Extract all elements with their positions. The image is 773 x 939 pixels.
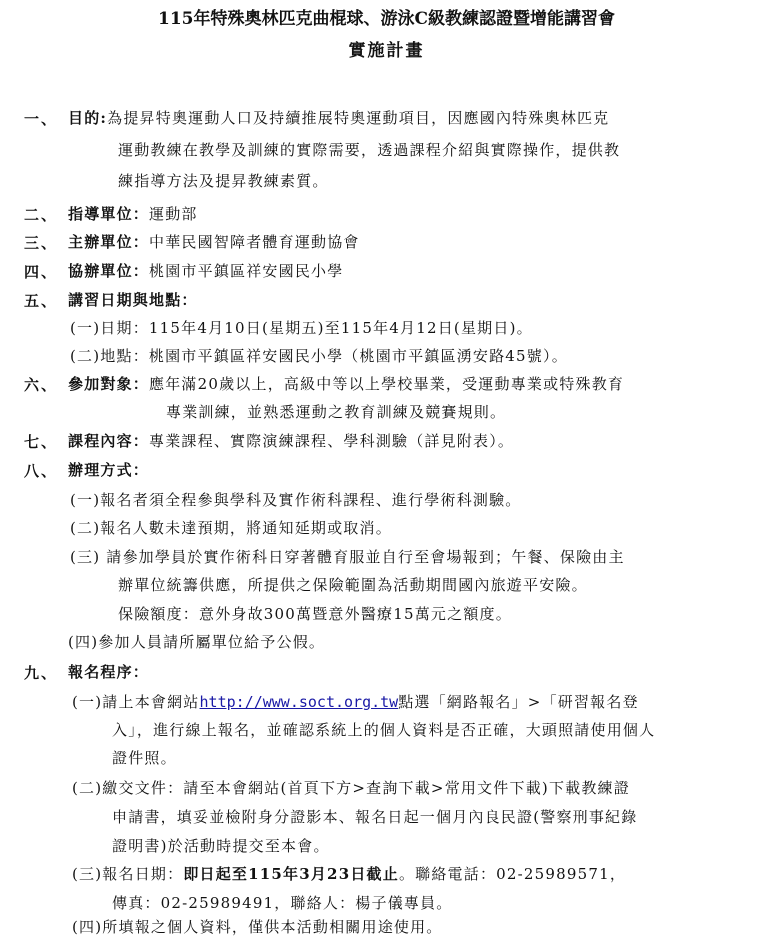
section-heading: 指導單位：	[68, 205, 149, 223]
section-text: 運動教練在教學及訓練的實際需要，透過課程介紹與實際操作，提供教	[118, 140, 620, 160]
website-link[interactable]: http://www.soct.org.tw	[200, 693, 399, 711]
section-heading: 課程內容：	[68, 432, 149, 450]
document-title: 115年特殊奧林匹克曲棍球、游泳C級教練認證暨增能講習會	[0, 4, 773, 29]
list-item-continuation: 辦單位統籌供應，所提供之保險範圍為活動期間國內旅遊平安險。	[118, 575, 588, 595]
section-number: 四、	[24, 261, 58, 282]
section-heading: 目的:	[68, 109, 107, 127]
list-item-continuation: 申請書，填妥並檢附身分證影本、報名日起一個月內良民證(警察刑事紀錄	[112, 807, 637, 827]
section-heading: 參加對象：	[68, 375, 149, 393]
section-number: 三、	[24, 232, 58, 253]
deadline-text: 即日起至115年3月23日截止	[183, 865, 399, 883]
section-text: 應年滿20歲以上，高級中等以上學校畢業，受運動專業或特殊教育	[149, 375, 624, 393]
section-text: 桃園市平鎮區祥安國民小學	[149, 262, 343, 280]
list-item: (三) 請參加學員於實作術科日穿著體育服並自行至會場報到；午餐、保險由主	[70, 547, 625, 567]
section-text: 練指導方法及提昇教練素質。	[118, 171, 329, 191]
section-text: 中華民國智障者體育運動協會	[149, 233, 360, 251]
list-item: (二)地點：桃園市平鎮區祥安國民小學（桃園市平鎮區湧安路45號）。	[70, 346, 568, 366]
section-number: 八、	[24, 460, 58, 481]
section-heading: 主辦單位：	[68, 233, 149, 251]
document-subtitle: 實施計畫	[0, 36, 773, 61]
list-item: (一)報名者須全程參與學科及實作術科課程、進行學術科測驗。	[70, 490, 522, 510]
section-heading: 辦理方式：	[68, 460, 149, 480]
list-item-continuation: 證件照。	[112, 748, 177, 768]
section-text: 專業訓練，並熟悉運動之教育訓練及競賽規則。	[166, 402, 506, 422]
section-number: 一、	[24, 108, 58, 129]
section-heading: 協辦單位：	[68, 262, 149, 280]
section-number: 二、	[24, 204, 58, 225]
list-item: (一)請上本會網站http://www.soct.org.tw點選「網路報名」>…	[72, 692, 639, 712]
list-item-continuation: 入」，進行線上報名，並確認系統上的個人資料是否正確，大頭照請使用個人	[112, 720, 655, 740]
list-item: (二)繳交文件：請至本會網站(首頁下方>查詢下載>常用文件下載)下載教練證	[72, 778, 630, 798]
list-item: (二)報名人數未達預期，將通知延期或取消。	[70, 518, 392, 538]
list-item-continuation: 保險額度：意外身故300萬暨意外醫療15萬元之額度。	[118, 604, 512, 624]
list-item: (三)報名日期：即日起至115年3月23日截止。聯絡電話：02-25989571…	[72, 864, 626, 884]
list-item-continuation: 證明書)於活動時提交至本會。	[112, 836, 330, 856]
list-item: (四)參加人員請所屬單位給予公假。	[68, 632, 325, 652]
section-heading: 講習日期與地點：	[68, 290, 198, 310]
section-text: 為提昇特奧運動人口及持續推展特奧運動項目，因應國內特殊奧林匹克	[107, 109, 609, 127]
section-text: 專業課程、實際演練課程、學科測驗（詳見附表）。	[149, 432, 514, 450]
section-number: 七、	[24, 431, 58, 452]
section-heading: 報名程序：	[68, 662, 149, 682]
section-text: 運動部	[149, 205, 198, 223]
section-number: 九、	[24, 662, 58, 683]
list-item-continuation: 傳真：02-25989491，聯絡人：楊子儀專員。	[112, 893, 453, 913]
list-item: (一)日期：115年4月10日(星期五)至115年4月12日(星期日)。	[70, 318, 533, 338]
section-number: 六、	[24, 374, 58, 395]
list-item: (四)所填報之個人資料，僅供本活動相關用途使用。	[72, 917, 443, 937]
section-number: 五、	[24, 290, 58, 311]
